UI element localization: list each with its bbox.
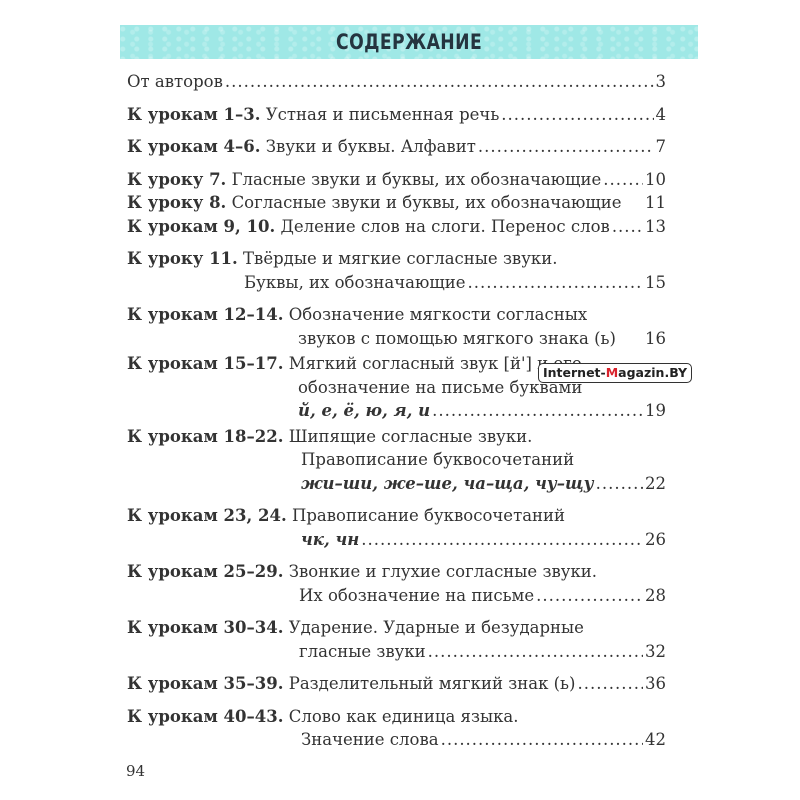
watermark-logo: Internet-Magazin.BY xyxy=(538,363,692,383)
page-number: 16 xyxy=(645,327,666,351)
toc-entry: К уроку 8. Согласные звуки и буквы, их о… xyxy=(127,191,666,215)
contents-header-bar: СОДЕРЖАНИЕ xyxy=(120,25,698,59)
toc-entry: К урокам 9, 10. Деление слов на слоги. П… xyxy=(127,215,666,239)
contents-title: СОДЕРЖАНИЕ xyxy=(336,30,482,54)
page-footer-number: 94 xyxy=(126,762,145,780)
lesson-label: К урокам 15–17. xyxy=(127,352,283,376)
page-number: 11 xyxy=(645,191,666,215)
toc-entry: От авторов3 xyxy=(127,70,666,94)
page-number: 13 xyxy=(645,215,666,239)
toc-entry: К урокам 23, 24. Правописание буквосочет… xyxy=(127,504,666,551)
lesson-label: К уроку 8. xyxy=(127,191,226,215)
lesson-label: К урокам 40–43. xyxy=(127,705,283,729)
lesson-label: К урокам 4–6. xyxy=(127,135,261,159)
toc-entry: К урокам 35–39. Разделительный мягкий зн… xyxy=(127,672,666,696)
toc-entry: К урокам 25–29. Звонкие и глухие согласн… xyxy=(127,560,666,607)
toc-entry: К урокам 30–34. Ударение. Ударные и безу… xyxy=(127,616,666,663)
page-number: 22 xyxy=(645,472,666,496)
table-of-contents: От авторов3 К урокам 1–3. Устная и письм… xyxy=(127,70,666,752)
toc-entry: К урокам 1–3. Устная и письменная речь4 xyxy=(127,103,666,127)
lesson-label: К урокам 1–3. xyxy=(127,103,261,127)
page-number: 28 xyxy=(645,584,666,608)
page-number: 3 xyxy=(656,70,667,94)
lesson-label: К урокам 30–34. xyxy=(127,616,283,640)
page-number: 36 xyxy=(645,672,666,696)
lesson-label: К уроку 7. xyxy=(127,168,226,192)
page-number: 32 xyxy=(645,640,666,664)
lesson-label: К уроку 11. xyxy=(127,247,238,271)
page-number: 10 xyxy=(645,168,666,192)
toc-entry: К уроку 11. Твёрдые и мягкие согласные з… xyxy=(127,247,666,294)
page-number: 4 xyxy=(656,103,667,127)
toc-entry: К урокам 18–22. Шипящие согласные звуки.… xyxy=(127,425,666,496)
toc-entry: К уроку 7. Гласные звуки и буквы, их обо… xyxy=(127,168,666,192)
page-number: 15 xyxy=(645,271,666,295)
page-number: 42 xyxy=(645,728,666,752)
lesson-label: К урокам 18–22. xyxy=(127,425,283,449)
lesson-label: К урокам 12–14. xyxy=(127,303,283,327)
page-number: 19 xyxy=(645,399,666,423)
toc-entry: К урокам 12–14. Обозначение мягкости сог… xyxy=(127,303,666,350)
lesson-label: К урокам 23, 24. xyxy=(127,504,287,528)
lesson-label: К урокам 9, 10. xyxy=(127,215,275,239)
lesson-label: К урокам 25–29. xyxy=(127,560,283,584)
toc-entry: К урокам 4–6. Звуки и буквы. Алфавит7 xyxy=(127,135,666,159)
lesson-label: К урокам 35–39. xyxy=(127,672,283,696)
page-number: 7 xyxy=(656,135,667,159)
toc-entry: К урокам 40–43. Слово как единица языка.… xyxy=(127,705,666,752)
page-number: 26 xyxy=(645,528,666,552)
